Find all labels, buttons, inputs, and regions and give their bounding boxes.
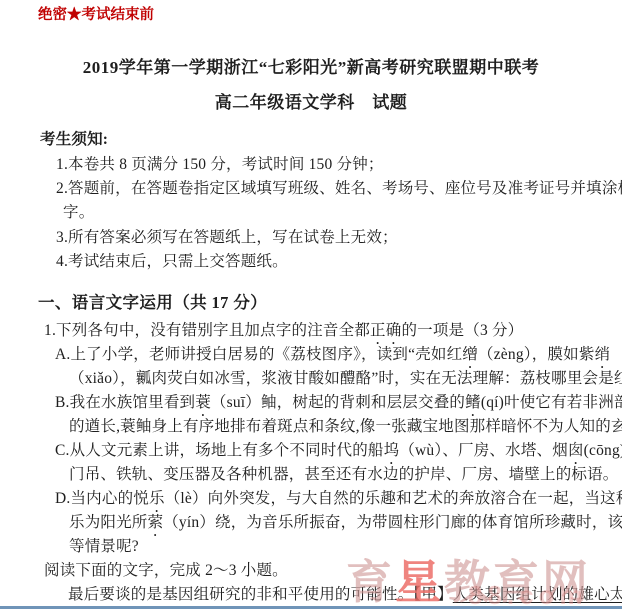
option-a-line-1: A.上了小学，老师讲授白居易的《荔枝图序》，读到“壳如红缯（zèng），膜如紫绡 <box>55 345 610 372</box>
option-b-line-2: 的遒长,蓑鲉身上有序地排布着斑点和条纹,像一张藏宝地图那样暗怀不为人知的玄机。 <box>69 417 622 437</box>
passage-first-line: 最后要谈的是基因组研究的非和平使用的可能性。【甲】人类基因组计划的雄心太大, <box>68 585 622 605</box>
reading-instruction: 阅读下面的文字，完成 2～3 小题。 <box>44 561 288 581</box>
exam-title-line1: 2019学年第一学期浙江“七彩阳光”新高考研究联盟期中联考 <box>0 53 622 78</box>
bottom-border-line <box>0 606 622 609</box>
notice-item-3: 3.所有答案必须写在答题纸上，写在试卷上无效； <box>56 228 398 248</box>
notice-item-2-line-2: 字。 <box>63 203 94 223</box>
option-d-line-2: 乐为阳光所萦（yín）绕，为音乐所振奋，为带圆柱形门廊的体育馆所珍藏时，该是何 <box>69 513 622 540</box>
question-1-stem: 1.下列各句中，没有错别字且加点字的注音全都正确的一项是（3 分） <box>44 321 523 348</box>
notice-item-4: 4.考试结束后，只需上交答题纸。 <box>56 252 288 272</box>
notice-item-2-line-1: 2.答题前，在答题卷指定区域填写班级、姓名、考场号、座位号及准考证号并填涂相应数 <box>56 179 622 199</box>
option-c-line-2: 门吊、铁轨、变压器及各种机器，甚至还有水边的护岸、厂房、墙壁上的标语。 <box>69 465 619 485</box>
option-d-line-3: 等情景呢? <box>69 537 139 557</box>
option-a-line-2: （xiǎo），瓤肉荧白如冰雪，浆液甘酸如醴酪”时，实在无法理解：荔枝哪里会是红色… <box>69 369 622 389</box>
option-d-line-1: D.当内心的悦乐（lè）向外突发，与大自然的乐趣和艺术的奔放溶合在一起，当这种悦 <box>55 489 622 516</box>
option-c-line-1: C.从人文元素上讲，场地上有多个不同时代的船坞（wù）、厂房、水塔、烟囱(cōn… <box>55 441 622 468</box>
exam-paper-page: 绝密★考试结束前 2019学年第一学期浙江“七彩阳光”新高考研究联盟期中联考 高… <box>0 0 622 611</box>
security-classification-label: 绝密★考试结束前 <box>38 3 154 24</box>
option-b-line-1: B.我在水族馆里看到蓑（suī）鲉，树起的背刺和层层交叠的鳍(qí)叶使它有若非… <box>55 393 622 420</box>
notice-item-1: 1.本卷共 8 页满分 150 分，考试时间 150 分钟； <box>56 155 384 175</box>
exam-title-line2: 高二年级语文学科 试题 <box>0 88 622 113</box>
section-1-heading: 一、语言文字运用（共 17 分） <box>38 293 267 313</box>
notice-heading: 考生须知: <box>40 130 108 150</box>
